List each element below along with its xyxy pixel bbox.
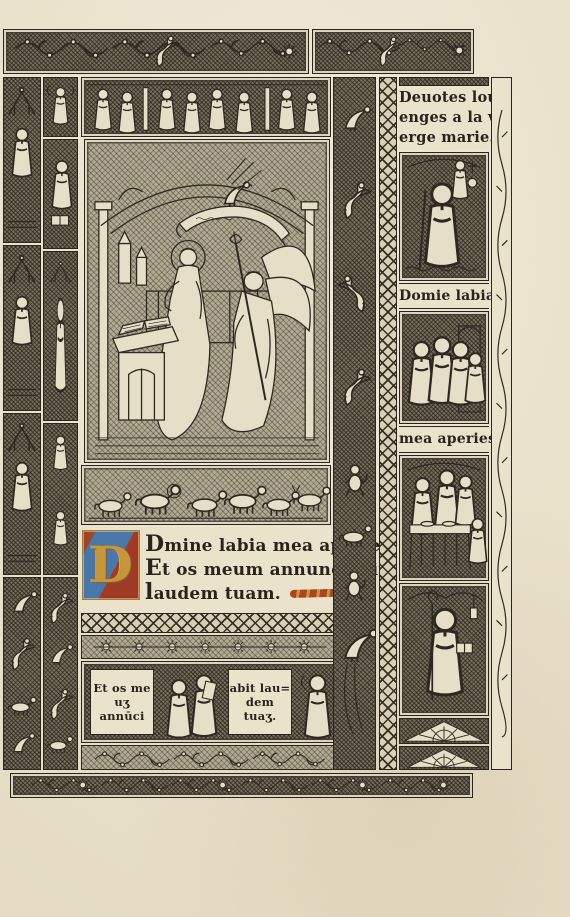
triangle-ornament-2 — [399, 746, 489, 770]
book-of-hours-page: D Dmine labia mea aperies. Et os meum an… — [0, 0, 570, 917]
gothic-canopy-icon — [9, 87, 36, 115]
figure — [304, 92, 320, 133]
right-outer-vine-border — [491, 77, 512, 770]
scribe-figure — [167, 680, 190, 737]
caption-domine-labia: Domie labia — [399, 283, 489, 309]
figure — [236, 92, 252, 133]
rubric-line-1: Deuotes lou — [399, 88, 489, 108]
bird-icon — [346, 107, 373, 132]
figure — [119, 92, 135, 133]
small-figure — [54, 436, 67, 469]
small-figure — [54, 512, 67, 545]
bottom-panel-row: Et os me uʒ annūci abit lau= dem tuaʒ. — [81, 661, 339, 743]
border-panel-prophet-1 — [3, 77, 41, 243]
beast-icon — [47, 737, 72, 754]
angel-figure — [53, 88, 68, 125]
column-icon — [99, 210, 108, 440]
bottom-text-panel-right: abit lau= dem tuaʒ. — [228, 669, 292, 735]
nude-figure — [55, 299, 66, 391]
figure — [95, 89, 111, 130]
lion-icon — [136, 484, 181, 514]
betrothal-frieze — [81, 77, 331, 137]
border-panel-prophet-2 — [3, 245, 41, 411]
gothic-canopy-icon — [51, 262, 71, 283]
abbess-saint-woodcut — [399, 583, 489, 716]
lattice-strip — [379, 77, 397, 770]
ox-icon — [294, 487, 330, 511]
squirrel-icon — [95, 493, 131, 517]
column-icon — [143, 88, 148, 131]
vine-scroll-ornament — [4, 30, 308, 73]
top-border-band-right — [312, 29, 474, 74]
annunciation-woodcut — [84, 139, 330, 463]
flower-scroll-band-top — [81, 635, 339, 659]
open-book-icon — [457, 643, 473, 653]
caption-mea-aperies: mea aperies — [399, 426, 489, 453]
border-panel-grotesques-left — [3, 577, 41, 770]
lattice-ornament-band — [81, 613, 339, 633]
dragon-icon — [12, 639, 34, 670]
dragon-icon — [51, 593, 72, 623]
triangle-ornament-1 — [399, 718, 489, 744]
bottom-left-line-2: uʒ annūci — [91, 695, 153, 723]
figure — [184, 92, 200, 133]
serpent-icon — [345, 369, 371, 404]
reading-figure — [52, 161, 71, 209]
dragon-icon — [157, 36, 179, 66]
dove-icon — [225, 158, 262, 206]
right-column-top-ornament — [399, 77, 489, 86]
meal-scene-woodcut — [399, 455, 489, 581]
border-panel-sibyl — [43, 251, 78, 421]
dragon-icon — [51, 690, 72, 720]
gabriel-figure — [222, 246, 315, 432]
dog-icon — [188, 491, 227, 517]
dragon-icon — [339, 276, 365, 311]
border-panel-prophet-3 — [3, 413, 41, 575]
vine-scroll-ornament — [313, 30, 473, 73]
bottom-text-panel-left: Et os me uʒ annūci — [90, 669, 154, 735]
gothic-canopy-icon — [9, 255, 36, 283]
squirrel-icon — [340, 526, 372, 547]
hanging-lamp-icon — [470, 596, 477, 618]
woman-figure — [305, 675, 330, 737]
standing-figure-panel — [296, 664, 338, 742]
bottom-border-band — [10, 773, 473, 798]
wolf-icon — [225, 487, 266, 514]
peacock-icon — [345, 630, 375, 734]
figure — [159, 89, 175, 130]
plate-icon — [443, 522, 456, 527]
christ-child-figure — [452, 161, 467, 199]
top-border-band-left — [3, 29, 309, 74]
bottom-right-line-1: abit lau= — [230, 681, 291, 695]
monkey-icon — [345, 572, 365, 600]
figure — [279, 89, 295, 130]
city-backdrop — [119, 232, 147, 286]
initial-letter: D — [89, 540, 132, 590]
figure — [209, 89, 225, 130]
st-christopher-woodcut — [399, 152, 489, 281]
main-text-block: D Dmine labia mea aperies. Et os meum an… — [81, 527, 339, 611]
prophet-figure — [12, 463, 31, 511]
plate-icon — [421, 522, 434, 527]
dragon-icon — [345, 183, 371, 218]
rubric-heading-panel: Deuotes lou enges a la vi/ erge marie. — [399, 88, 489, 150]
border-panel-small-figures — [43, 423, 78, 575]
gothic-canopy-icon — [9, 423, 36, 451]
grotesque-creature-strip — [333, 77, 376, 770]
illuminated-initial: D — [82, 530, 140, 600]
woman-figure — [456, 476, 476, 525]
column-icon — [265, 88, 270, 131]
bottom-left-line-1: Et os me — [93, 681, 150, 695]
bird-icon — [52, 645, 75, 666]
flower-scroll-band-bottom — [81, 745, 339, 770]
border-panel-grotesques-left-2 — [43, 577, 78, 770]
animal-frieze — [81, 465, 331, 525]
prophet-figure — [12, 297, 31, 345]
bird-icon — [14, 734, 37, 755]
scribes-figures-panel — [158, 664, 224, 742]
bottom-right-line-2: dem tuaʒ. — [229, 695, 291, 723]
border-panel-angel — [43, 77, 78, 137]
prophet-figure — [12, 129, 31, 177]
bird-icon — [14, 592, 39, 615]
visitation-woodcut — [399, 311, 489, 424]
table — [410, 522, 471, 570]
rubric-line-2: enges a la vi/ — [399, 108, 489, 128]
beast-icon — [8, 697, 36, 715]
border-panel-reading-virgin — [43, 139, 78, 249]
monkey-icon — [346, 465, 367, 496]
rubric-line-3: erge marie. — [399, 128, 489, 148]
